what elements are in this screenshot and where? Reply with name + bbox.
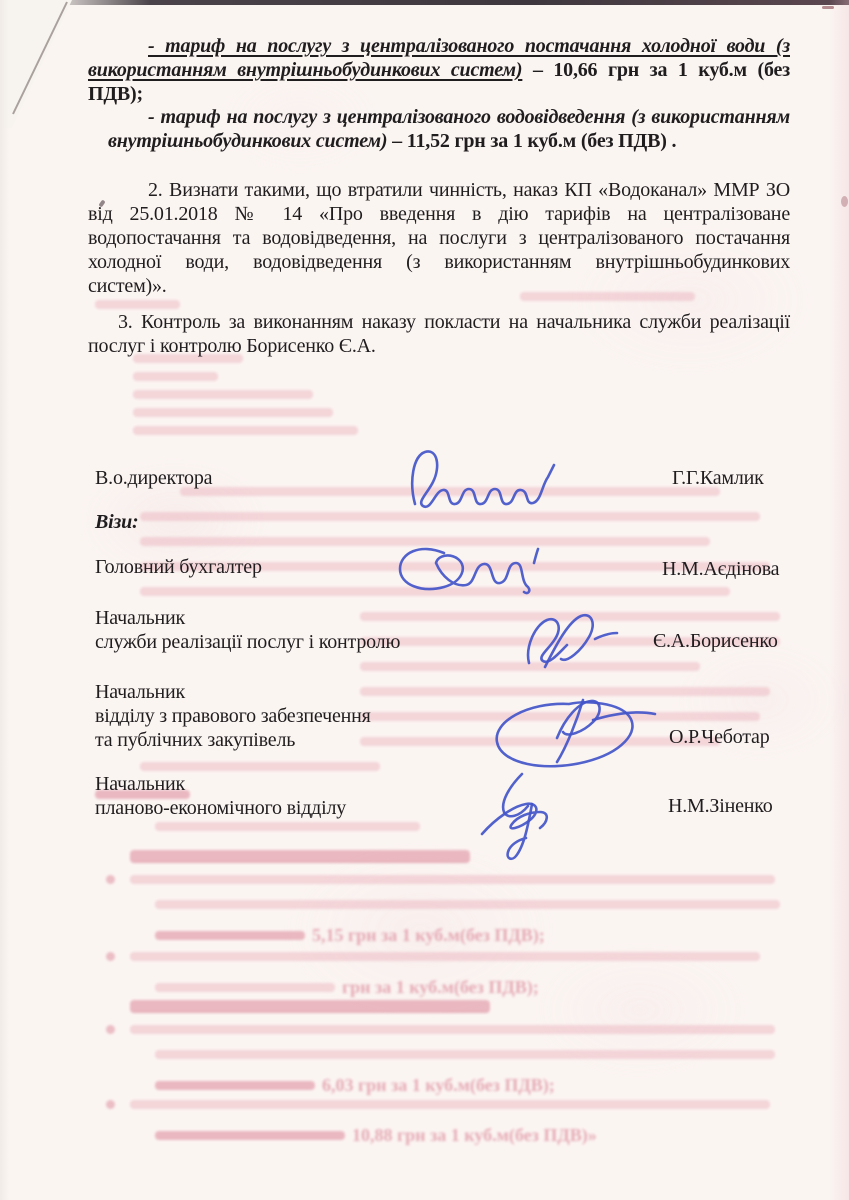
text-segment: – 11,52 грн за 1 куб.м (без ПДВ) . (387, 130, 676, 152)
text-segment: Н.М.Аєдінова (662, 558, 779, 580)
signoff-line-2: Г.Г.Камлик (672, 468, 764, 488)
scanned-document-page: { "page": { "kind": "scanned order docum… (0, 0, 849, 1200)
bleedthrough-line-6 (133, 408, 333, 417)
text-segment: - тариф на послугу з централізованого во… (148, 106, 790, 128)
bleedthrough-line-31: 6,03 грн за 1 куб.м(без ПДВ); (155, 1075, 555, 1096)
edge-mark (841, 196, 848, 207)
tariff-line-5: внутрішньобудинкових систем) – 11,52 грн… (108, 131, 790, 151)
bleedthrough-bullet (106, 952, 115, 961)
text-segment: ПДВ); (88, 83, 143, 105)
bleedthrough-bar (130, 850, 470, 863)
signoff-line-7: служби реалізації послуг і контролю (95, 632, 400, 652)
text-segment: холодної води, водовідведення (з викорис… (88, 251, 790, 273)
bleedthrough-line-5 (133, 390, 313, 399)
text-segment: водопостачання та водовідведення, на пос… (88, 227, 790, 249)
text-segment: О.Р.Чеботар (669, 726, 770, 748)
edge-mark (822, 6, 834, 9)
bleedthrough-bar (130, 952, 760, 961)
bleedthrough-bullet (106, 1100, 115, 1109)
bleedthrough-bar (155, 1131, 345, 1140)
signoff-line-4: Головний бухгалтер (95, 557, 262, 577)
signoff-line-13: Начальник (95, 774, 185, 794)
bleedthrough-fragment: 6,03 грн за 1 куб.м(без ПДВ); (322, 1075, 555, 1096)
text-segment: Начальник (95, 681, 185, 703)
bleedthrough-bar (133, 408, 333, 417)
bleedthrough-bar (155, 983, 335, 992)
bleedthrough-bar (95, 300, 180, 309)
bleedthrough-fragment: 5,15 грн за 1 куб.м(без ПДВ); (312, 925, 545, 946)
signoff-line-8: Є.А.Борисенко (653, 631, 778, 651)
text-segment: від 25.01.2018 № 14 «Про введення в дію … (88, 203, 790, 225)
bleedthrough-bar (155, 1081, 315, 1090)
order_clause-line-3: водопостачання та водовідведення, на пос… (88, 228, 790, 248)
text-segment: служби реалізації послуг і контролю (95, 631, 400, 653)
bleedthrough-line-25: 5,15 грн за 1 куб.м(без ПДВ); (155, 925, 545, 946)
bleedthrough-line-7 (133, 426, 358, 435)
signoff-line-15: Н.М.Зіненко (668, 796, 773, 816)
text-segment: Н.М.Зіненко (668, 795, 773, 817)
text-segment: Головний бухгалтер (95, 556, 262, 578)
bleedthrough-line-26 (130, 952, 760, 961)
text-segment: використанням внутрішньобудинкових систе… (88, 59, 522, 81)
scan-left-shadow (0, 0, 9, 1200)
signoff-line-5: Н.М.Аєдінова (662, 559, 779, 579)
order_clause-line-1: 2. Визнати такими, що втратили чинність,… (148, 180, 790, 200)
bleedthrough-bar (155, 822, 420, 831)
bleedthrough-bar (133, 372, 218, 381)
tariff-line-1: - тариф на послугу з централізованого по… (148, 36, 790, 56)
paper-sheet: 5,15 грн за 1 куб.м(без ПДВ);грн за 1 ку… (0, 0, 849, 1200)
scan-top-edge (55, 0, 849, 5)
bleedthrough-line-22 (130, 850, 470, 863)
text-segment: внутрішньобудинкових систем) (108, 130, 387, 152)
bleedthrough-bar (133, 426, 358, 435)
text-segment: 3. Контроль за виконанням наказу покласт… (118, 311, 790, 333)
order_clause-line-4: холодної води, водовідведення (з викорис… (88, 252, 790, 272)
signoff-line-12: О.Р.Чеботар (669, 727, 770, 747)
text-segment: Візи: (95, 511, 138, 533)
text-segment: Начальник (95, 773, 185, 795)
order_clause-line-5: систем)». (88, 276, 790, 296)
tariff-line-3: ПДВ); (88, 84, 790, 104)
signoff-line-11: та публічних закупівель (95, 730, 295, 750)
order_clause-line-2: від 25.01.2018 № 14 «Про введення в дію … (88, 204, 790, 224)
text-segment: - тариф на послугу з централізованого по… (148, 35, 790, 57)
text-segment: В.о.директора (95, 467, 212, 489)
bleedthrough-line-21 (155, 822, 420, 831)
bleedthrough-bar (133, 390, 313, 399)
bleedthrough-bar (130, 875, 775, 884)
text-segment: планово-економічного відділу (95, 797, 346, 819)
text-segment: Є.А.Борисенко (653, 630, 778, 652)
signoff-line-3: Візи: (95, 512, 138, 532)
text-segment: відділу з правового забезпечення (95, 705, 371, 727)
bleedthrough-bar (155, 1050, 775, 1059)
bleedthrough-bar (140, 762, 380, 771)
bleedthrough-line-33: 10,88 грн за 1 куб.м(без ПДВ)» (155, 1125, 597, 1146)
bleedthrough-bar (130, 1025, 775, 1034)
text-segment: Начальник (95, 607, 185, 629)
text-segment: 2. Визнати такими, що втратили чинність,… (148, 179, 790, 201)
signature-kamlyk (395, 440, 565, 522)
bleedthrough-line-27: грн за 1 куб.м(без ПДВ); (155, 977, 539, 998)
text-segment: систем)». (88, 275, 167, 297)
bleedthrough-line-29 (130, 1025, 775, 1034)
bleedthrough-line-23 (130, 875, 775, 884)
signoff-line-6: Начальник (95, 608, 185, 628)
text-segment: – 10,66 грн за 1 куб.м (без (522, 59, 790, 81)
bleedthrough-fragment: грн за 1 куб.м(без ПДВ); (342, 977, 539, 998)
bleedthrough-bar (130, 1000, 490, 1013)
text-segment: та публічних закупівель (95, 729, 295, 751)
bleedthrough-line-32 (130, 1100, 770, 1109)
text-segment: послуг і контролю Борисенко Є.А. (88, 335, 376, 357)
signoff-line-10: відділу з правового забезпечення (95, 706, 371, 726)
bleedthrough-bar (130, 1100, 770, 1109)
signoff-line-14: планово-економічного відділу (95, 798, 346, 818)
scan-right-tint (829, 0, 849, 1200)
control_clause-line-1: 3. Контроль за виконанням наказу покласт… (118, 312, 790, 332)
bleedthrough-bar (155, 900, 780, 909)
control_clause-line-2: послуг і контролю Борисенко Є.А. (88, 336, 790, 356)
bleedthrough-line-30 (155, 1050, 775, 1059)
bleedthrough-line-24 (155, 900, 780, 909)
signoff-line-9: Начальник (95, 682, 185, 702)
text-segment: Г.Г.Камлик (672, 467, 764, 489)
bleedthrough-line-19 (140, 762, 380, 771)
bleedthrough-line-4 (133, 372, 218, 381)
bleedthrough-line-2 (95, 300, 180, 309)
bleedthrough-line-28 (130, 1000, 490, 1013)
folded-corner (0, 0, 95, 135)
tariff-line-2: використанням внутрішньобудинкових систе… (88, 60, 790, 80)
tariff-line-4: - тариф на послугу з централізованого во… (148, 107, 790, 127)
signature-zinenko (470, 762, 585, 864)
bleedthrough-bar (155, 931, 305, 940)
signoff-line-1: В.о.директора (95, 468, 212, 488)
bleedthrough-bullet (106, 875, 115, 884)
bleedthrough-fragment: 10,88 грн за 1 куб.м(без ПДВ)» (352, 1125, 597, 1146)
signature-borysenko (515, 605, 625, 675)
bleedthrough-bullet (106, 1025, 115, 1034)
signature-aiedinova (392, 535, 562, 605)
